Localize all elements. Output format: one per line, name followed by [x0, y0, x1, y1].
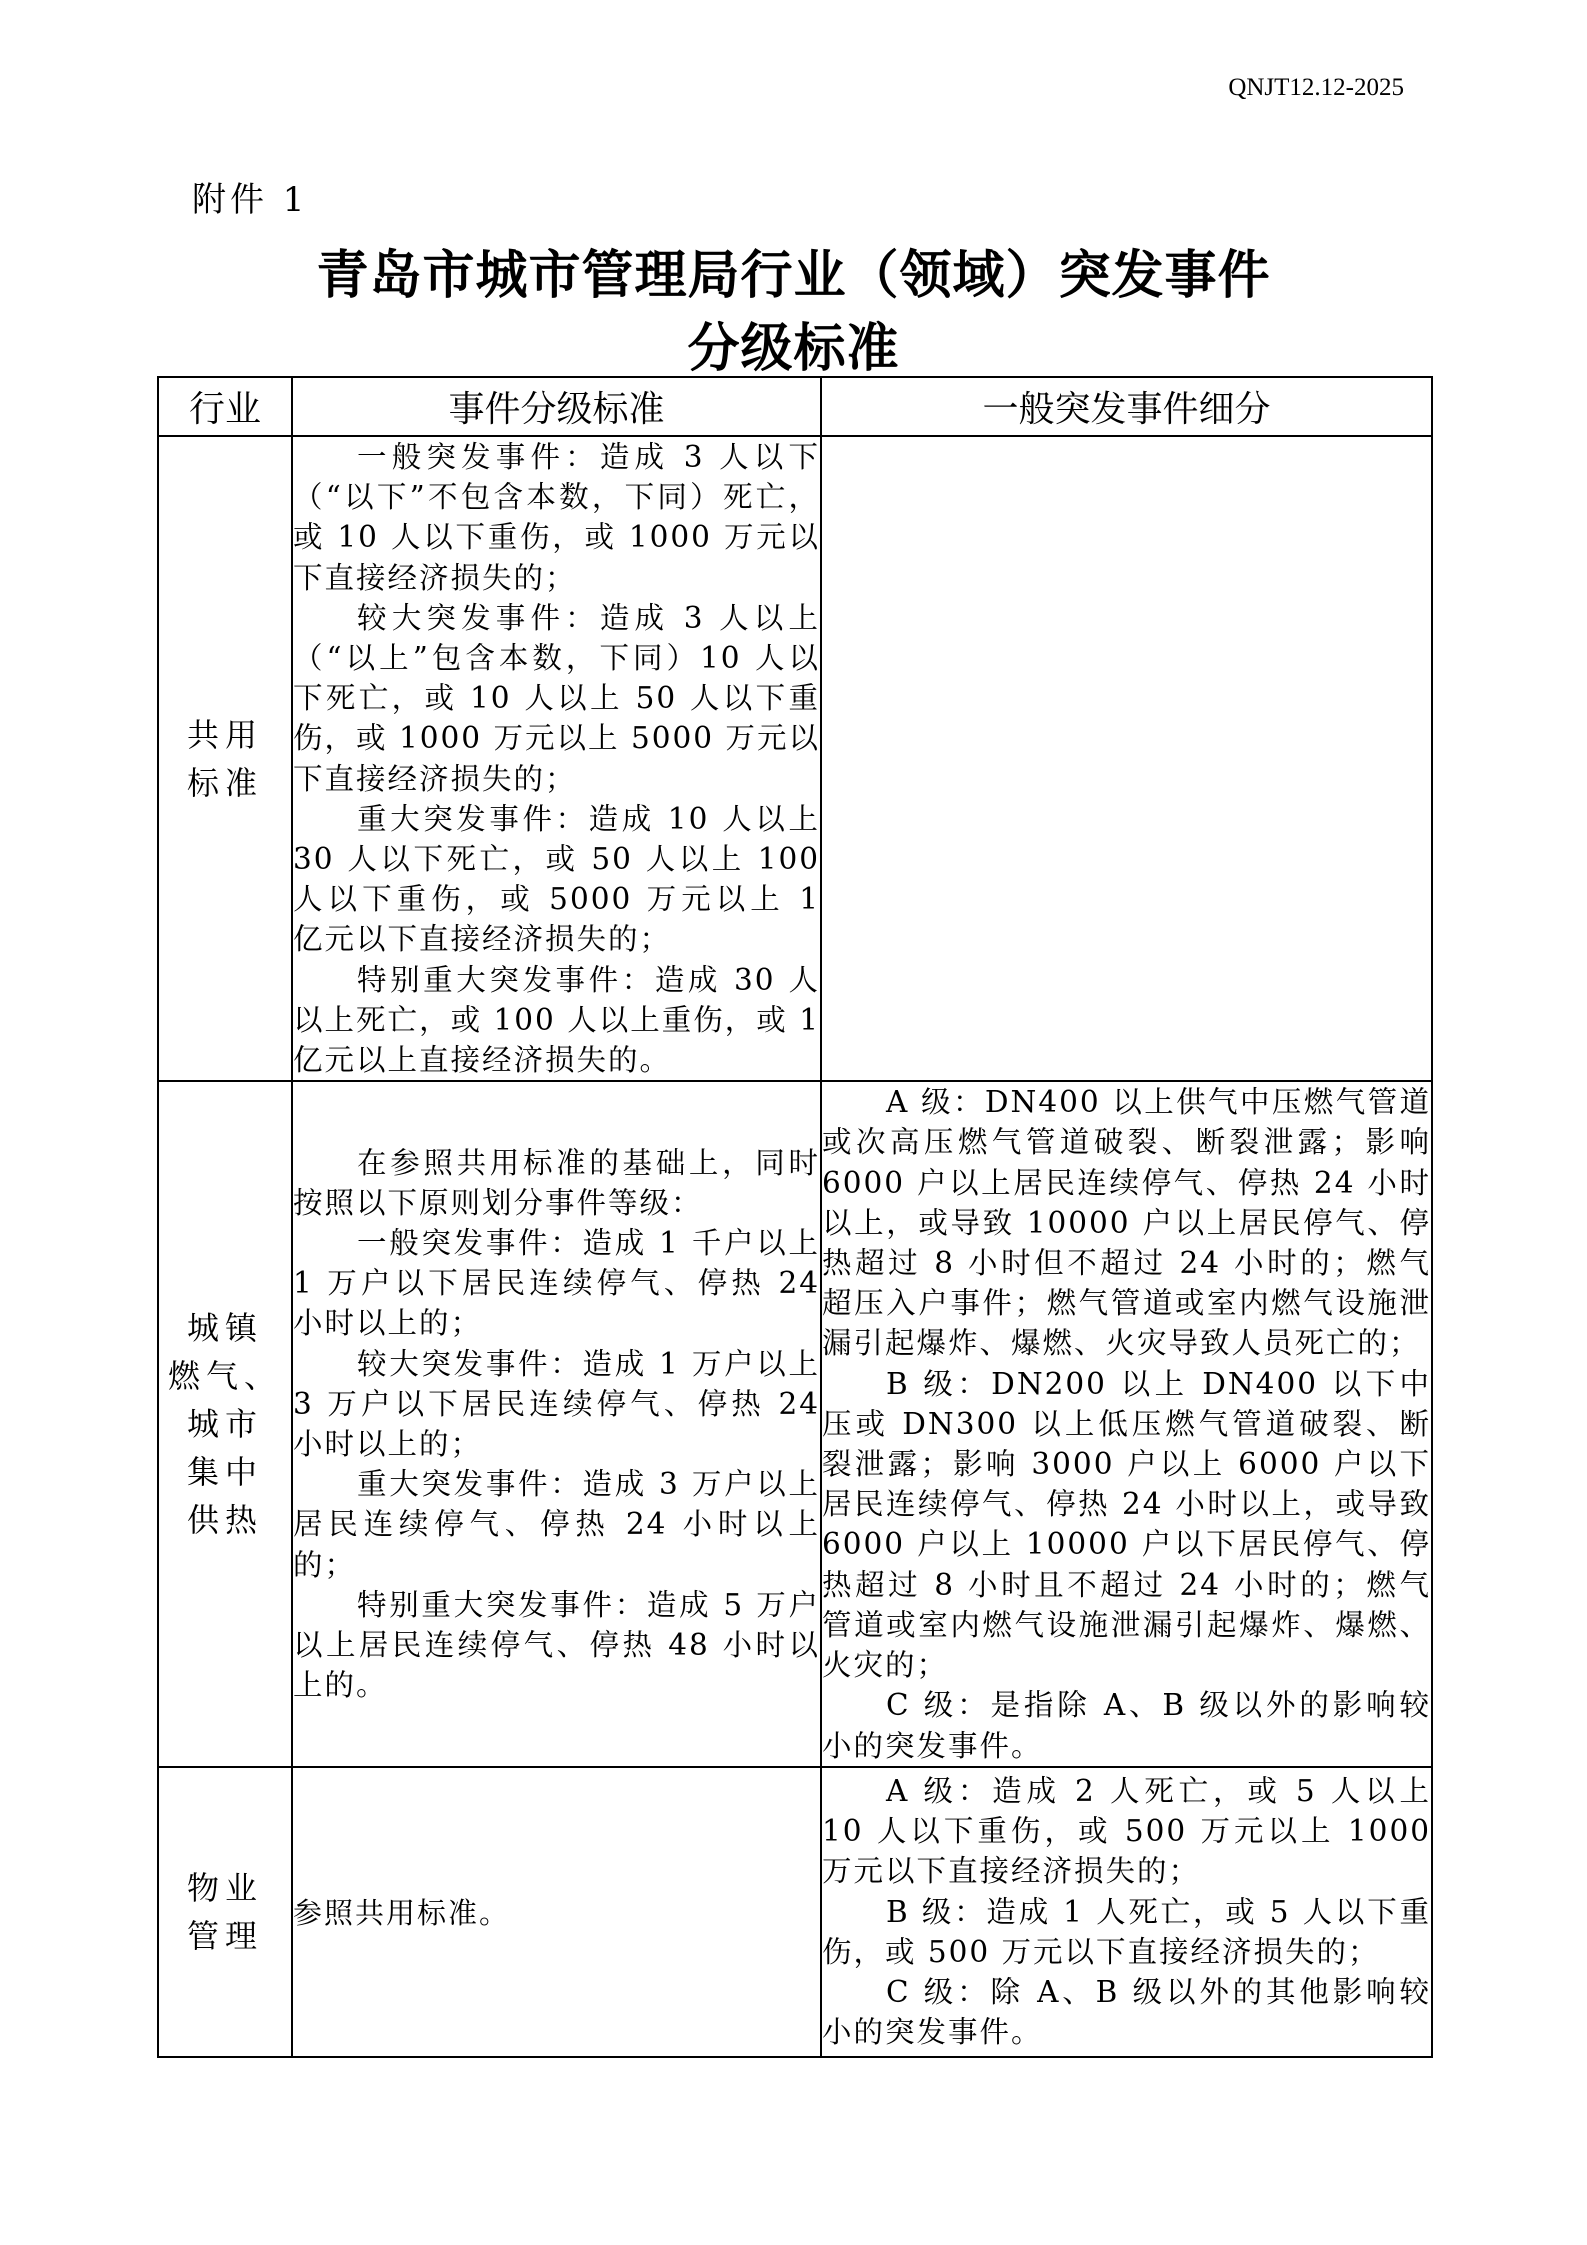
page-title-line-1: 青岛市城市管理局行业（领域）突发事件 — [0, 233, 1587, 308]
standard-paragraph: 较大突发事件：造成 3 人以上（“以上”包含本数，下同）10 人以下死亡，或 1… — [293, 598, 820, 799]
subdivision-cell: A 级：造成 2 人死亡，或 5 人以上 10 人以下重伤，或 500 万元以上… — [821, 1767, 1432, 2057]
subdivision-paragraph: B 级：DN200 以上 DN400 以下中压或 DN300 以上低压燃气管道破… — [822, 1364, 1431, 1686]
industry-cell: 共用 标准 — [158, 436, 292, 1081]
table-row: 共用 标准 一般突发事件：造成 3 人以下（“以下”不包含本数，下同）死亡，或 … — [158, 436, 1432, 1081]
industry-line: 共用 — [159, 711, 291, 759]
industry-line: 标准 — [159, 759, 291, 807]
standard-paragraph: 重大突发事件：造成 10 人以上 30 人以下死亡，或 50 人以上 100 人… — [293, 799, 820, 960]
standard-cell: 在参照共用标准的基础上，同时按照以下原则划分事件等级： 一般突发事件：造成 1 … — [292, 1081, 821, 1766]
table-row: 城镇 燃气、 城市 集中 供热 在参照共用标准的基础上，同时按照以下原则划分事件… — [158, 1081, 1432, 1766]
industry-cell: 物业 管理 — [158, 1767, 292, 2057]
standard-paragraph: 一般突发事件：造成 3 人以下（“以下”不包含本数，下同）死亡，或 10 人以下… — [293, 437, 820, 598]
industry-line: 物业 — [159, 1864, 291, 1912]
industry-line: 供热 — [159, 1496, 291, 1544]
header-industry: 行业 — [158, 377, 292, 436]
standard-paragraph: 特别重大突发事件：造成 5 万户以上居民连续停气、停热 48 小时以上的。 — [293, 1585, 820, 1706]
industry-line: 城镇 — [159, 1304, 291, 1352]
industry-line: 管理 — [159, 1912, 291, 1960]
standard-paragraph: 一般突发事件：造成 1 千户以上 1 万户以下居民连续停气、停热 24 小时以上… — [293, 1223, 820, 1344]
industry-line: 城市 — [159, 1400, 291, 1448]
standard-paragraph: 重大突发事件：造成 3 万户以上居民连续停气、停热 24 小时以上的； — [293, 1464, 820, 1585]
industry-line: 集中 — [159, 1448, 291, 1496]
industry-cell: 城镇 燃气、 城市 集中 供热 — [158, 1081, 292, 1766]
subdivision-cell: A 级：DN400 以上供气中压燃气管道或次高压燃气管道破裂、断裂泄露；影响 6… — [821, 1081, 1432, 1766]
standard-paragraph: 参照共用标准。 — [293, 1896, 510, 1930]
industry-line: 燃气、 — [159, 1352, 291, 1400]
standard-paragraph: 特别重大突发事件：造成 30 人以上死亡，或 100 人以上重伤，或 1 亿元以… — [293, 960, 820, 1081]
header-subdivision: 一般突发事件细分 — [821, 377, 1432, 436]
subdivision-cell — [821, 436, 1432, 1081]
subdivision-paragraph: B 级：造成 1 人死亡，或 5 人以下重伤，或 500 万元以下直接经济损失的… — [822, 1892, 1431, 1972]
attachment-label: 附件 1 — [192, 172, 308, 221]
standard-cell: 一般突发事件：造成 3 人以下（“以下”不包含本数，下同）死亡，或 10 人以下… — [292, 436, 821, 1081]
standard-cell: 参照共用标准。 — [292, 1767, 821, 2057]
subdivision-paragraph: A 级：DN400 以上供气中压燃气管道或次高压燃气管道破裂、断裂泄露；影响 6… — [822, 1082, 1431, 1363]
classification-table: 行业 事件分级标准 一般突发事件细分 共用 标准 一般突发事件：造成 3 人以下… — [157, 376, 1433, 2058]
standard-paragraph: 在参照共用标准的基础上，同时按照以下原则划分事件等级： — [293, 1143, 820, 1223]
standard-paragraph: 较大突发事件：造成 1 万户以上 3 万户以下居民连续停气、停热 24 小时以上… — [293, 1344, 820, 1465]
subdivision-paragraph: C 级：是指除 A、B 级以外的影响较小的突发事件。 — [822, 1685, 1431, 1765]
subdivision-paragraph: A 级：造成 2 人死亡，或 5 人以上 10 人以下重伤，或 500 万元以上… — [822, 1771, 1431, 1892]
subdivision-paragraph: C 级：除 A、B 级以外的其他影响较小的突发事件。 — [822, 1972, 1431, 2052]
header-standard: 事件分级标准 — [292, 377, 821, 436]
page-title-line-2: 分级标准 — [0, 306, 1587, 381]
table-row: 物业 管理 参照共用标准。 A 级：造成 2 人死亡，或 5 人以上 10 人以… — [158, 1767, 1432, 2057]
table-header-row: 行业 事件分级标准 一般突发事件细分 — [158, 377, 1432, 436]
document-code: QNJT12.12-2025 — [1228, 74, 1404, 102]
